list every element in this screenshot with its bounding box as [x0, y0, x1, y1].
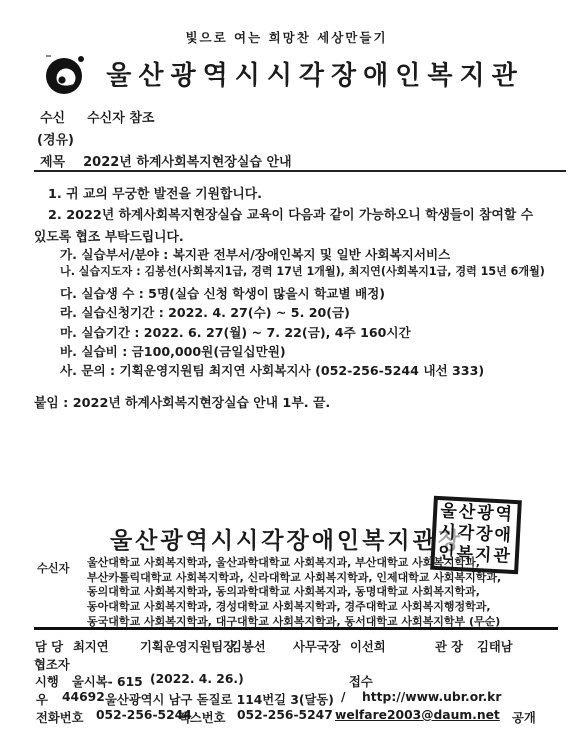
staff-name-teamlead: 김봉선 [230, 637, 266, 655]
staff-role-teamlead: 기획운영지원팀장 [140, 637, 235, 655]
recipient-value: 수신자 참조 [87, 111, 154, 126]
staff-role-secretary: 사무국장 [293, 637, 341, 655]
recipients-line: 울산대학교 사회복지학과, 울산과학대학교 사회복지과, 부산대학교 사회복지학… [87, 556, 501, 571]
fax-label: 팩스번호 [178, 708, 226, 726]
exec-date: (2022. 4. 26.) [150, 672, 244, 686]
scanned-official-document: 빛으로 여는 희망찬 세상만들기 울산광역시시각장애인복지관 수신수신자 참조 … [0, 0, 573, 743]
recipients-line: 동의대학교 사회복지학과, 동의과학대학교 사회복지과, 동명대학교 사회복지학… [87, 585, 501, 600]
exec-label: 시행 [35, 672, 59, 690]
recipients-divider [34, 627, 558, 630]
detail-item-ra: 라. 실습신청기간 : 2022. 4. 27(수) ~ 5. 20(금) [60, 302, 545, 321]
attachment-line: 붙임 : 2022년 하계사회복지현장실습 안내 1부. 끝. [34, 392, 330, 411]
cooperator-label: 협조자 [34, 655, 70, 673]
recipient-label: 수신 [40, 111, 65, 126]
subject-underline [34, 170, 566, 172]
body-paragraph-1: 1. 귀 교의 무궁한 발전을 기원합니다. [48, 183, 262, 202]
receipt-label: 접수 [349, 672, 373, 690]
email-address: welfare2003@daum.net [335, 708, 500, 722]
detail-item-ga: 가. 실습부서/분야 : 복지관 전부서/장애인복지 및 일반 사회복지서비스 [60, 244, 545, 263]
detail-item-ba: 바. 실습비 : 금100,000원(금일십만원) [60, 341, 545, 360]
detail-item-na: 나. 실습지도자 : 김봉선(사회복지1급, 경력 17년 1개월), 최지연(… [60, 263, 545, 282]
staff-role-director: 관 장 [435, 637, 463, 655]
body-paragraph-2-cont: 있도록 협조 부탁드립니다. [34, 226, 184, 245]
tel-label: 전화번호 [36, 708, 84, 726]
via-row: (경유) [37, 129, 74, 148]
recipients-line: 부산카톨릭대학교 사회복지학과, 신라대학교 사회복지학과, 인제대학교 사회복… [87, 571, 501, 586]
recipients-label: 수신자 [37, 560, 69, 576]
detail-item-ma: 마. 실습기간 : 2022. 6. 27(월) ~ 7. 22(금), 4주 … [60, 322, 545, 341]
recipients-line: 동아대학교 사회복지학과, 경성대학교 사회복지학과, 경주대학교 사회복지행정… [87, 600, 501, 615]
zip-label: 우 [36, 690, 48, 708]
detail-item-da: 다. 실습생 수 : 5명(실습 신청 학생이 많을시 학교별 배정) [60, 283, 545, 302]
website-url: http://www.ubr.or.kr [362, 690, 501, 704]
staff-name-secretary: 이선희 [350, 637, 386, 655]
address-separator: / [341, 690, 346, 704]
recipients-list: 울산대학교 사회복지학과, 울산과학대학교 사회복지과, 부산대학교 사회복지학… [87, 556, 501, 630]
staff-name-director: 김태남 [477, 637, 513, 655]
staff-name-damdang: 최지연 [73, 637, 109, 655]
disclosure-label: 공개 [512, 708, 536, 726]
staff-role-damdang: 담 당 [35, 637, 63, 655]
fax-number: 052-256-5247 [237, 708, 333, 722]
detail-item-sa: 사. 문의 : 기획운영지원팀 최지연 사회복지사 (052-256-5244 … [60, 360, 545, 379]
zip-code: 44692 [62, 690, 105, 704]
subject-row: 제목2022년 하계사회복지현장실습 안내 [40, 151, 292, 170]
detail-item-list: 가. 실습부서/분야 : 복지관 전부서/장애인복지 및 일반 사회복지서비스 … [60, 244, 545, 380]
subject-label: 제목 [40, 155, 65, 170]
street-address: 울산광역시 남구 돋질로 114번길 3(달동) [105, 690, 334, 708]
recipient-row: 수신수신자 참조 [40, 107, 154, 126]
exec-number: 울시복- 615 [72, 672, 143, 690]
org-slogan: 빛으로 여는 희망찬 세상만들기 [0, 28, 573, 46]
subject-value: 2022년 하계사회복지현장실습 안내 [83, 155, 292, 170]
org-title: 울산광역시시각장애인복지관 [75, 55, 555, 92]
body-paragraph-2: 2. 2022년 하계사회복지현장실습 교육이 다음과 같이 가능하오니 학생들… [48, 204, 533, 223]
